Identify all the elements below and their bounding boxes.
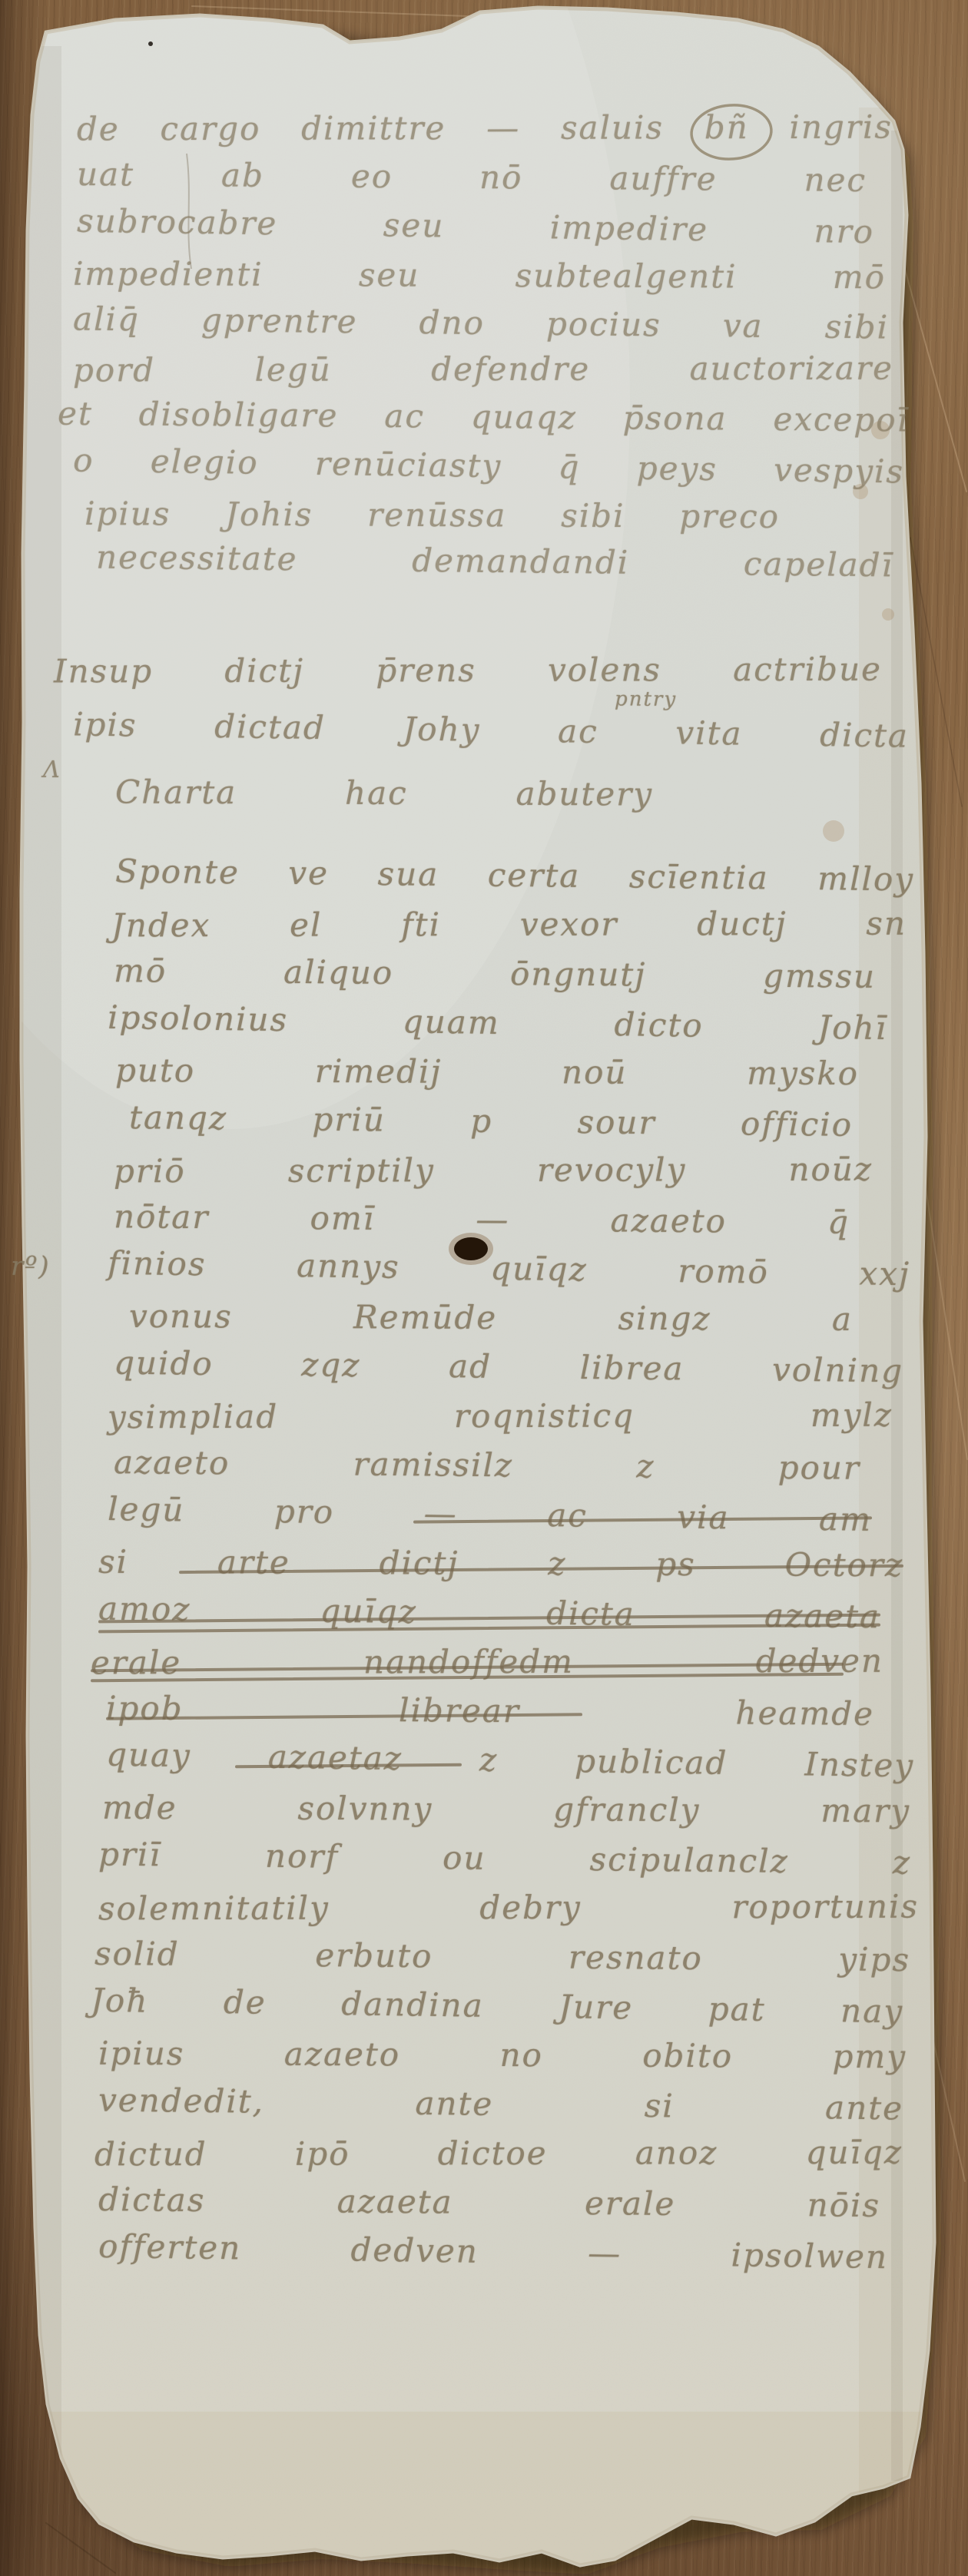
handwritten-word: pmy (832, 2041, 907, 2073)
handwritten-word: ōngnutj (510, 958, 647, 991)
handwritten-word: mō (833, 261, 886, 293)
handwritten-word: hac (345, 777, 408, 810)
handwritten-word: gfrancly (553, 1793, 700, 1826)
handwritten-word: volning (772, 1354, 903, 1388)
handwritten-word: revocyly (537, 1154, 686, 1187)
handwritten-word: va (723, 310, 764, 343)
handwritten-word: si (645, 2090, 675, 2122)
handwritten-word: nay (840, 1995, 903, 2028)
handwritten-word: fti (401, 909, 441, 941)
handwritten-word: publicad (575, 1745, 728, 1780)
handwritten-word: amoz (98, 1593, 191, 1626)
handwritten-word: annys (297, 1250, 400, 1283)
handwritten-word: vendedit, (98, 2084, 264, 2118)
cancellation-stroke (413, 1516, 872, 1523)
handwritten-word: quīqz (320, 1595, 417, 1628)
handwritten-word: azaeto (284, 2038, 400, 2071)
handwritten-word: ac (547, 1499, 588, 1532)
handwritten-word: mō (114, 955, 167, 988)
handwritten-word: auffre (609, 162, 717, 195)
handwritten-word: puto (115, 1055, 195, 1087)
handwritten-word: singz (618, 1303, 711, 1336)
handwritten-word: ramissilz (353, 1449, 513, 1482)
handwritten-word: — (486, 112, 520, 144)
handwritten-word: Johis (225, 498, 313, 531)
handwritten-word: excepoī (773, 403, 909, 436)
handwritten-word: quam (403, 1005, 500, 1039)
handwritten-word: ductj (697, 908, 787, 940)
handwritten-word: el (290, 909, 322, 942)
handwritten-word: ipō (295, 2138, 350, 2170)
handwritten-word: ysimpliad (108, 1401, 278, 1434)
cancellation-stroke (179, 1564, 903, 1574)
handwritten-word: ipis (73, 708, 138, 741)
handwritten-word: eo (351, 161, 393, 193)
handwritten-word: subtealgenti (515, 260, 738, 293)
handwritten-word: vexor (520, 909, 618, 941)
handwriting-line: impedientiseusubtealgentimō (73, 258, 886, 305)
handwritten-word: cargo (160, 113, 260, 145)
handwritten-word: quido (114, 1347, 214, 1380)
handwritten-word: nandoffedm (363, 1646, 574, 1679)
handwritten-word: mary (820, 1795, 910, 1828)
handwritten-word: azaetaz (268, 1741, 403, 1775)
handwritten-word: scipulanclz (589, 1843, 788, 1878)
handwritten-word: quay (106, 1739, 191, 1773)
handwritten-word: xxj (859, 1257, 910, 1290)
handwritten-word: am (819, 1503, 872, 1536)
handwritten-word: obito (642, 2040, 733, 2073)
handwriting-line: uatabeonōauffrenec (77, 158, 867, 207)
handwritten-word: mylz (811, 1399, 893, 1432)
handwritten-word: ipsolwen (731, 2239, 888, 2273)
handwriting-line: Spontevesuacertascīentiamlloy (115, 856, 915, 907)
handwritten-word: p̄sona (623, 402, 728, 435)
handwritten-word: priō (114, 1155, 186, 1187)
handwritten-word: vita (675, 717, 743, 750)
handwriting-line: quidozqzadlibreavolning (114, 1347, 904, 1399)
handwritten-word: dictoe (438, 2137, 548, 2170)
handwriting-line: oelegiorenūciastyq̄peysvespyis (73, 444, 905, 498)
handwriting-layer: rº)Λdecargodimittre—saluisbñingrisuatabe… (0, 0, 968, 2576)
handwritten-word: p̄rens (376, 654, 476, 687)
handwritten-word: ac (384, 400, 425, 432)
handwritten-word: peys (637, 452, 718, 485)
handwritten-word: impedire (550, 211, 709, 246)
handwritten-word: yips (838, 1943, 910, 1976)
handwriting-line: JoħdedandinaJurepatnay (91, 1985, 904, 2039)
handwriting-line: Jndexelftivexorductjsn (111, 908, 907, 953)
handwritten-word: azaeta (337, 2185, 453, 2218)
handwritten-word: aliq̄ (73, 303, 140, 336)
handwriting-line: finiosannysquīqzromōxxj (108, 1247, 911, 1302)
handwritten-word: Johy (403, 713, 480, 746)
handwritten-word: romō (678, 1255, 769, 1289)
handwritten-word: ab (221, 159, 264, 191)
handwritten-word: roqnisticq (454, 1400, 635, 1433)
handwritten-word: tanqz (129, 1101, 227, 1134)
handwritten-word: librear (399, 1694, 520, 1727)
handwritten-word: resnato (569, 1942, 703, 1975)
photo-scene: rº)Λdecargodimittre—saluisbñingrisuatabe… (0, 0, 968, 2576)
handwritten-word: necessitate (96, 541, 298, 576)
handwritten-word: noū (562, 1056, 628, 1088)
handwritten-word: pour (778, 1452, 861, 1485)
handwritten-word: nro (814, 215, 874, 248)
handwritten-word: pntry (615, 689, 677, 710)
handwriting-line: soliderbutoresnatoyips (94, 1938, 910, 1987)
handwriting-line: mōaliquoōngnutjgmssu (114, 955, 876, 1004)
handwritten-word: impedienti (73, 258, 264, 291)
handwriting-line: siartedictjzpsOctorz (98, 1546, 903, 1593)
handwritten-word: ve (288, 857, 329, 890)
cancellation-stroke (98, 1614, 880, 1624)
handwritten-word: noūz (788, 1154, 873, 1186)
handwritten-word: subrocabre (77, 205, 278, 240)
handwritten-word: officio (741, 1108, 853, 1141)
handwriting-line: tanqzpriūpsourofficio (129, 1101, 854, 1152)
handwriting-line: dictudipōdictoeanozquīqz (94, 2137, 903, 2182)
handwriting-line: dictasazaetaeralenōis (98, 2184, 880, 2233)
handwritten-word: ipsolonius (108, 1002, 289, 1036)
handwritten-word: azaeto (610, 1204, 727, 1237)
handwriting-line: necessitatedemandandicapeladī (96, 541, 894, 593)
handwritten-word: vonus (129, 1300, 233, 1333)
handwritten-word: dictj (224, 655, 304, 687)
handwritten-word: azaeto (114, 1446, 230, 1479)
handwritten-word: sour (577, 1106, 655, 1139)
handwritten-word: ingris (789, 111, 893, 144)
handwritten-word: scriptily (288, 1154, 435, 1187)
handwritten-word: ipius (98, 2038, 185, 2070)
handwritten-word: ante (825, 2091, 903, 2124)
handwritten-word: erale (91, 1647, 181, 1679)
handwritten-word: Jure (559, 1991, 633, 2024)
handwritten-word: via (677, 1501, 730, 1534)
handwritten-word: solvnny (297, 1793, 433, 1826)
handwritten-word: sibi (825, 311, 890, 344)
handwritten-word: arte (217, 1546, 290, 1578)
handwritten-word: aliquo (283, 956, 393, 989)
handwritten-word: no (499, 2039, 543, 2071)
handwriting-line: legūpro—acviaam (108, 1493, 873, 1547)
handwritten-word: z (636, 1451, 655, 1483)
handwritten-word: dicta (820, 719, 909, 753)
handwritten-word: ps (655, 1548, 696, 1581)
handwritten-word: — (423, 1498, 458, 1531)
handwriting-line: quayazaetazzpublicadInstey (106, 1739, 915, 1793)
handwriting-line: ysimpliadroqnisticqmylz (108, 1399, 893, 1445)
handwritten-word: de (224, 1986, 267, 2019)
handwritten-word: nōis (807, 2189, 881, 2222)
handwritten-word: preco (679, 500, 780, 533)
handwritten-word: o (73, 444, 94, 476)
handwritten-word: abutery (515, 778, 653, 811)
handwritten-word: Instey (804, 1748, 914, 1782)
handwriting-line: decargodimittre—saluisbñingris (77, 111, 893, 157)
handwriting-line: Chartahacabutery (115, 776, 653, 821)
handwriting-line: putorimedijnoūmysko (115, 1055, 859, 1101)
handwritten-word: ipius (85, 498, 171, 530)
insertion-caret: Λ (43, 759, 75, 802)
handwritten-word: Octorz (785, 1549, 904, 1582)
handwriting-line: vendedit,antesiante (98, 2084, 904, 2136)
handwriting-line: amozquīqzdictaazaeta (98, 1593, 881, 1644)
handwritten-word: capeladī (744, 548, 894, 581)
handwriting-line: solemnitatilydebryroportunis (98, 1891, 919, 1936)
handwritten-word: finios (108, 1247, 207, 1281)
cancellation-stroke (106, 1713, 582, 1720)
handwritten-word: debry (479, 1892, 582, 1924)
handwritten-word: sua (377, 858, 439, 891)
handwritten-word: rimedij (315, 1055, 443, 1088)
handwritten-word: Charta (115, 776, 237, 809)
handwritten-word: ipob (106, 1692, 184, 1725)
handwritten-word: dictj (380, 1547, 459, 1579)
handwritten-word: et (58, 398, 93, 430)
handwritten-word: Johī (817, 1012, 887, 1045)
handwritten-word: omī (310, 1202, 375, 1235)
handwritten-word: sibi (561, 500, 625, 532)
handwritten-word: mysko (747, 1057, 859, 1090)
handwritten-word: si (98, 1546, 128, 1578)
handwritten-word: Insup (54, 655, 153, 687)
handwritten-word: scīentia (629, 861, 769, 895)
handwritten-word: rº) (11, 1253, 51, 1280)
handwriting-line: pordlegūdefendreauctorizare (73, 353, 893, 398)
handwritten-word: uat (77, 158, 134, 191)
handwritten-word: Jndex (111, 909, 211, 942)
handwritten-word: quīqz (490, 1253, 588, 1286)
handwriting-line: aliq̄gprentrednopociusvasibi (73, 303, 890, 354)
handwritten-word: priū (312, 1104, 386, 1137)
handwritten-word: q̄ (827, 1207, 850, 1239)
cancellation-stroke (91, 1663, 844, 1673)
handwriting-line: Insupdictjp̄rensvolensactribue (54, 654, 882, 699)
handwritten-word: vespyis (774, 454, 904, 488)
handwriting-line: ipoblibrearheamde (106, 1692, 874, 1741)
handwriting-line: nōtaromī—azaetoq̄ (114, 1200, 850, 1250)
handwritten-word: Λ (43, 759, 61, 782)
handwritten-word: saluis (561, 111, 664, 144)
handwritten-word: gmssu (763, 960, 876, 993)
handwritten-word: renūssa (367, 499, 506, 532)
handwritten-word: disobligare (139, 398, 339, 432)
handwritten-word: auctorizare (690, 353, 893, 386)
handwritten-word: dedven (756, 1645, 883, 1677)
handwritten-word: librea (580, 1352, 685, 1385)
cancellation-stroke (235, 1763, 462, 1769)
handwritten-word: demandandi (412, 545, 629, 579)
handwriting-line: subrocabreseuimpedirenro (77, 205, 875, 259)
interlinear-insertion: pntry (615, 689, 730, 733)
handwritten-word: dictud (94, 2138, 207, 2170)
handwritten-word: pro (274, 1495, 335, 1528)
handwritten-word: gprentre (201, 304, 358, 338)
handwritten-word: ac (558, 715, 598, 748)
handwritten-word: — (476, 1204, 509, 1236)
handwritten-word: legū (254, 354, 331, 386)
handwritten-word: elegio (151, 445, 259, 479)
handwriting-line: vonusRemūdesingza (129, 1300, 853, 1346)
handwriting-line: offertendedven—ipsolwen (98, 2230, 889, 2284)
handwritten-word: bñ (704, 111, 749, 144)
handwritten-word: quaqz (471, 401, 577, 434)
handwritten-word: mlloy (817, 863, 914, 896)
handwritten-word: renūciasty (315, 448, 502, 482)
handwritten-word: pord (73, 354, 155, 386)
handwritten-word: priī (98, 1838, 161, 1871)
handwriting-line: ipsoloniusquamdictoJohī (108, 1002, 888, 1055)
handwritten-word: Sponte (115, 856, 240, 889)
handwritten-word: Remūde (353, 1301, 497, 1334)
handwritten-word: dicto (614, 1008, 704, 1042)
handwritten-word: erale (585, 2187, 676, 2220)
handwritten-word: mde (102, 1792, 177, 1824)
cancellation-stroke (91, 1673, 844, 1683)
margin-note: rº) (11, 1253, 72, 1296)
handwritten-word: dandina (341, 1988, 484, 2022)
handwritten-word: pocius (546, 308, 661, 342)
handwritten-word: nō (479, 161, 523, 194)
handwritten-word: erbuto (315, 1939, 433, 1972)
handwritten-word: zqz (301, 1349, 361, 1382)
handwritten-word: dicta (546, 1598, 635, 1631)
handwriting-line: ipiusJohisrenūssasibipreco (85, 498, 780, 544)
handwritten-word: dictas (98, 2184, 206, 2217)
handwriting-line: etdisobligareacquaqzp̄sonaexcepoī (58, 398, 909, 448)
handwritten-word: defendre (431, 353, 590, 386)
handwritten-word: norf (265, 1840, 339, 1873)
handwritten-word: sn (866, 908, 907, 940)
handwriting-line: eralenandoffedmdedven (91, 1645, 883, 1690)
handwriting-line: ipisdictadJohyacvitadicta (73, 708, 910, 763)
handwritten-word: a (832, 1303, 853, 1336)
handwritten-word: actribue (733, 654, 882, 687)
handwriting-line: priīnorfouscipulanclzz (98, 1838, 912, 1889)
handwritten-word: — (588, 2237, 622, 2270)
handwritten-word: ou (443, 1842, 486, 1875)
handwriting-line: mdesolvnnygfranclymary (102, 1792, 910, 1839)
handwritten-word: z (893, 1846, 912, 1879)
handwritten-word: z (548, 1548, 566, 1580)
handwritten-word: nec (804, 164, 867, 197)
handwritten-word: offerten (98, 2230, 242, 2265)
handwritten-word: dedven (350, 2233, 479, 2267)
handwritten-word: seu (383, 209, 445, 242)
handwritten-word: azaeta (764, 1600, 880, 1634)
handwritten-word: nōtar (114, 1200, 210, 1233)
handwritten-word: legū (108, 1493, 185, 1526)
handwritten-word: quīqz (806, 2137, 903, 2169)
handwritten-word: Joħ (91, 1985, 149, 2018)
handwriting-line: azaetoramissilzzpour (114, 1446, 860, 1495)
handwritten-word: p (470, 1105, 492, 1137)
handwritten-word: q̄ (558, 451, 580, 483)
handwritten-word: solid (94, 1938, 180, 1971)
handwritten-word: pat (708, 1993, 765, 2026)
handwritten-word: volens (548, 654, 661, 686)
handwritten-word: dimittre (301, 112, 446, 144)
handwritten-word: dno (419, 306, 485, 339)
handwritten-word: de (77, 113, 120, 145)
handwritten-word: certa (488, 859, 581, 892)
handwritten-word: ante (415, 2088, 493, 2121)
handwriting-line: priōscriptilyrevocylynoūz (114, 1154, 873, 1199)
handwritten-word: ad (449, 1350, 492, 1383)
handwritten-word: solemnitatily (98, 1892, 330, 1925)
handwritten-word: heamde (735, 1697, 874, 1730)
handwritten-word: dictad (214, 710, 326, 744)
handwritten-word: roportunis (731, 1891, 919, 1924)
cancellation-stroke (98, 1624, 880, 1634)
handwriting-line: ipiusazaetonoobitopmy (98, 2038, 907, 2084)
handwritten-word: seu (359, 259, 420, 291)
handwritten-word: z (479, 1743, 499, 1776)
handwritten-word: anoz (635, 2137, 718, 2169)
